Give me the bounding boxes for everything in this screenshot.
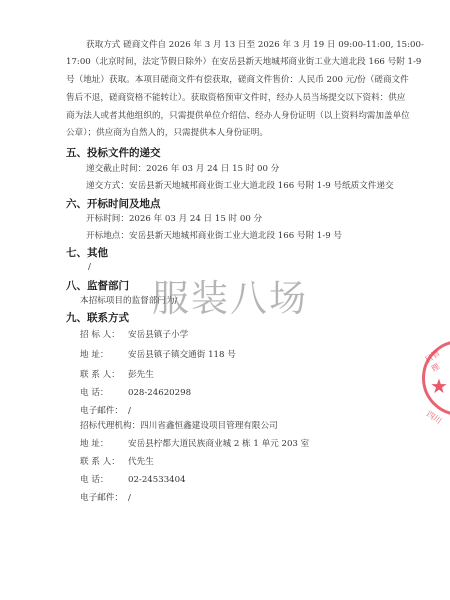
tenderer-email-label: 电子邮件： — [80, 406, 128, 417]
section-7-heading: 七、其他 — [66, 245, 108, 260]
agency-phone: 02-24533404 — [128, 475, 186, 485]
tenderer-phone: 028-24620298 — [128, 388, 191, 398]
agency-address: 安岳县柠都大道民族商业城 2 栋 1 单元 203 室 — [128, 439, 309, 449]
agency-email-label: 电子邮件： — [80, 493, 128, 504]
procurement-line-5: 商为法人或者其他组织的，只需提供单位介绍信、经办人身份证明（以上资料均需加盖单位 — [66, 111, 410, 122]
tenderer-phone-label: 电 话： — [80, 388, 128, 399]
document-page: 获取方式 磋商文件自 2026 年 3 月 13 日至 2026 年 3 月 1… — [0, 0, 450, 600]
procurement-line-6: 公章）；供应商为自然人的，只需提供本人身份证明。 — [66, 128, 268, 139]
section-9-heading: 九、联系方式 — [66, 310, 129, 325]
agency-contact-label: 联 系 人： — [80, 457, 128, 468]
tenderer-address: 安岳县镇子镇交通街 118 号 — [128, 350, 236, 360]
tenderer-email-row: 电子邮件：/ — [80, 406, 131, 417]
agency-phone-row: 电 话：02-24533404 — [80, 475, 186, 486]
tenderer-address-label: 地 址： — [80, 350, 128, 361]
submission-method: 递交方式：安岳县新天地城邦商业街工业大道北段 166 号附 1-9 号纸质文件递… — [86, 181, 394, 192]
agency-name-label: 招标代理机构： — [80, 421, 140, 432]
agency-address-row: 地 址：安岳县柠都大道民族商业城 2 栋 1 单元 203 室 — [80, 439, 309, 450]
procurement-line-4: 售后不退，磋商资格不能转让）。获取资格预审文件时，经办人员当场提交以下资料：供应 — [66, 93, 405, 104]
agency-email: / — [128, 493, 131, 503]
opening-place: 开标地点：安岳县新天地城邦商业街工业大道北段 166 号附 1-9 号 — [86, 231, 342, 242]
agency-email-row: 电子邮件：/ — [80, 493, 131, 504]
agency-contact-row: 联 系 人：代先生 — [80, 457, 154, 468]
agency-name-row: 招标代理机构：四川省鑫恒鑫建设项目管理有限公司 — [80, 421, 278, 432]
section-6-heading: 六、开标时间及地点 — [66, 196, 161, 211]
section-8-heading: 八、监督部门 — [66, 278, 129, 293]
procurement-line-3: 号（地址）获取。本项目磋商文件有偿获取，磋商文件售价：人民币 200 元/份（磋… — [66, 75, 409, 86]
agency-address-label: 地 址： — [80, 439, 128, 450]
tenderer-name: 安岳县镇子小学 — [128, 330, 188, 340]
tenderer-phone-row: 电 话：028-24620298 — [80, 388, 191, 399]
submission-deadline: 递交截止时间：2026 年 03 月 24 日 15 时 00 分 — [86, 164, 279, 175]
other-content: / — [88, 262, 91, 273]
tenderer-contact-label: 联 系 人： — [80, 370, 128, 381]
agency-contact: 代先生 — [128, 457, 154, 467]
tenderer-contact-row: 联 系 人：彭先生 — [80, 370, 154, 381]
tenderer-email: / — [128, 406, 131, 416]
tenderer-name-row: 招 标 人：安岳县镇子小学 — [80, 330, 188, 341]
agency-name: 四川省鑫恒鑫建设项目管理有限公司 — [140, 421, 278, 431]
procurement-line-1: 获取方式 磋商文件自 2026 年 3 月 13 日至 2026 年 3 月 1… — [86, 40, 424, 51]
procurement-line-2: 17:00（北京时间，法定节假日除外）在安岳县新天地城邦商业街工业大道北段 16… — [66, 57, 421, 68]
tenderer-address-row: 地 址：安岳县镇子镇交通街 118 号 — [80, 350, 236, 361]
section-5-heading: 五、投标文件的递交 — [66, 145, 161, 160]
watermark-text: 服装八场 — [152, 268, 308, 322]
seal-star-icon: ★ — [430, 374, 448, 398]
tenderer-contact: 彭先生 — [128, 370, 154, 380]
tenderer-name-label: 招 标 人： — [80, 330, 128, 341]
agency-phone-label: 电 话： — [80, 475, 128, 486]
opening-time: 开标时间：2026 年 03 月 24 日 15 时 00 分 — [86, 214, 262, 225]
